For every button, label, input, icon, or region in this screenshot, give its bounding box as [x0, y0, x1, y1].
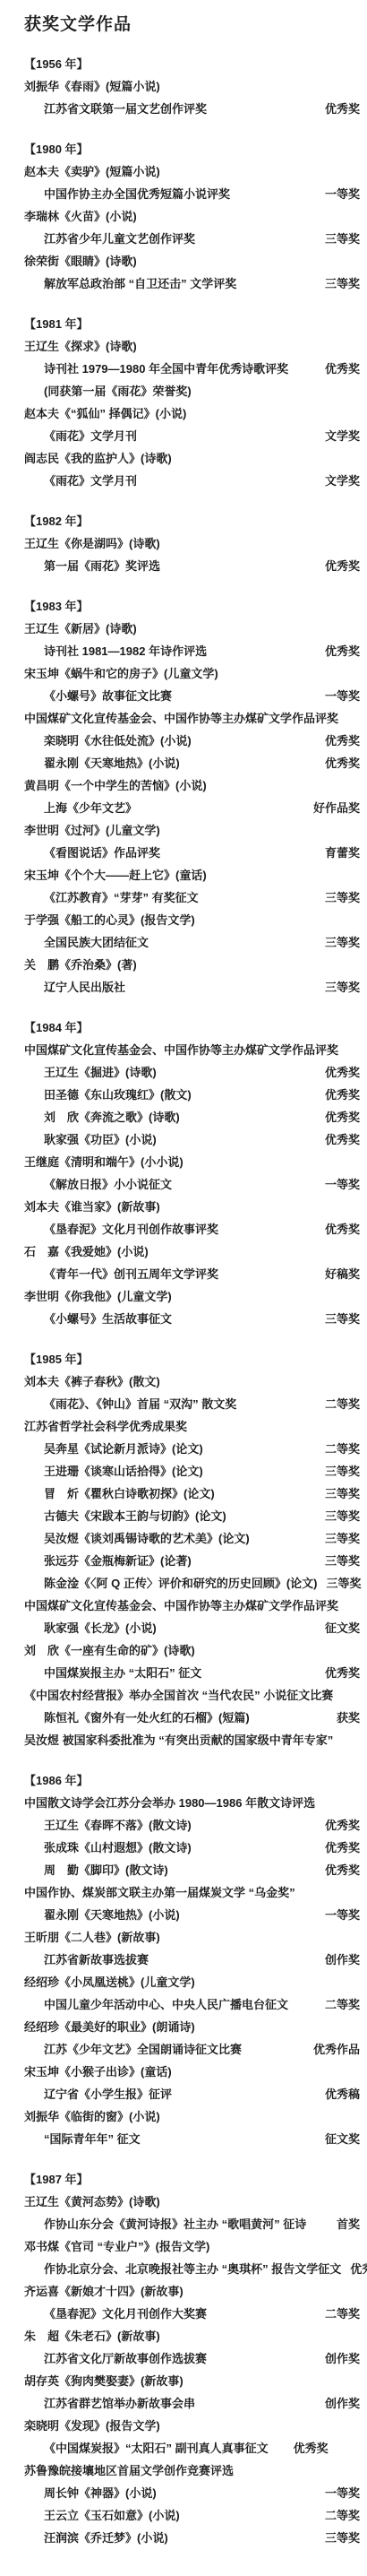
award-result: 优秀奖 — [316, 1218, 360, 1240]
line-text: 张远芬《金瓶梅新证》(论著) — [44, 1550, 192, 1572]
line-text: 《垦春泥》文化月刊创作大奖赛 — [44, 2303, 207, 2325]
entry-line: 朱 超《朱老石》(新故事) — [24, 2325, 360, 2347]
award-result: 创作奖 — [316, 2392, 360, 2415]
award-detail-line: 耿家强《长龙》(小说)征文奖 — [24, 1617, 360, 1639]
award-result: 优秀奖 — [316, 98, 360, 120]
award-detail-line: 陈恒礼《窗外有一处火红的石榴》(短篇)获奖 — [24, 1707, 360, 1729]
award-detail-line: 辽宁人民出版社三等奖 — [24, 976, 360, 998]
line-text: 翟永刚《天寒地热》(小说) — [44, 1904, 180, 1926]
entry-line: 胡存英《狗肉樊娶妻》(新故事) — [24, 2370, 360, 2392]
entry-line: 经绍珍《最美好的职业》(朗诵诗) — [24, 2016, 360, 2038]
award-result: 二等奖 — [316, 1393, 360, 1415]
award-result: 三等奖 — [316, 1527, 360, 1550]
entry-line: 王继庭《清明和端午》(小小说) — [24, 1151, 360, 1173]
entry-line: 刘 欣《一座有生命的矿》(诗歌) — [24, 1639, 360, 1662]
line-text: 刘本夫《裤子春秋》(散文) — [24, 1370, 160, 1393]
award-detail-line: 《青年一代》创刊五周年文学评奖好稿奖 — [24, 1263, 360, 1285]
line-text: 黄昌明《一个中学生的苦恼》(小说) — [24, 774, 207, 797]
award-result: 优秀奖 — [316, 1837, 360, 1859]
award-result: 获奖 — [328, 1707, 360, 1729]
entry-line: 徐荣街《眼睛》(诗歌) — [24, 250, 360, 272]
line-text: 周 勤《脚印》(散文诗) — [44, 1859, 168, 1881]
line-text: 中国煤矿文化宣传基金会、中国作协等主办煤矿文学作品评奖 — [24, 1595, 338, 1617]
award-detail-line: 王云立《玉石如意》(小说)二等奖 — [24, 2504, 360, 2527]
entry-line: 经绍珍《小凤凰送桃》(儿童文学) — [24, 1971, 360, 1993]
entry-line: 关 鹏《乔治桑》(著) — [24, 954, 360, 976]
award-result: 二等奖 — [316, 2504, 360, 2527]
entry-line: 苏鲁豫皖接壤地区首届文学创作竞赛评选 — [24, 2459, 360, 2482]
line-text: 辽宁人民出版社 — [44, 976, 125, 998]
line-text: 宋玉坤《个个大——赶上它》(童话) — [24, 864, 207, 886]
award-detail-line: 作协北京分会、北京晚报社等主办 “奥琪杯” 报告文学征文优秀奖 — [24, 2258, 360, 2280]
award-result: 文学奖 — [316, 425, 360, 447]
award-result: 优秀奖 — [316, 1859, 360, 1881]
line-text: 石 嘉《我爱她》(小说) — [24, 1240, 149, 1263]
award-result: 三等奖 — [316, 272, 360, 295]
line-text: 作协山东分会《黄河诗报》社主办 “歌唱黄河” 征诗 — [44, 2213, 306, 2235]
award-result: 优秀奖 — [316, 1084, 360, 1106]
entry-line: 赵本夫《卖驴》(短篇小说) — [24, 160, 360, 183]
line-text: 江苏省新故事选拔赛 — [44, 1949, 149, 1971]
entry-line: 于学强《船工的心灵》(报告文学) — [24, 909, 360, 931]
line-text: 江苏省文联第一届文艺创作评奖 — [44, 98, 207, 120]
award-detail-line: 江苏省文联第一届文艺创作评奖优秀奖 — [24, 98, 360, 120]
line-text: 王辽生《探求》(诗歌) — [24, 335, 137, 358]
award-detail-line: 全国民族大团结征文三等奖 — [24, 931, 360, 954]
award-detail-line: 田圣德《东山玫瑰红》(散文)优秀奖 — [24, 1084, 360, 1106]
award-result: 一等奖 — [316, 685, 360, 707]
line-text: 宋玉坤《蜗牛和它的房子》(儿童文学) — [24, 662, 218, 685]
year-section: 【1984 年】中国煤矿文化宣传基金会、中国作协等主办煤矿文学作品评奖王辽生《掘… — [24, 1016, 360, 1330]
award-result: 二等奖 — [316, 1438, 360, 1460]
award-result: 三等奖 — [316, 1482, 360, 1505]
line-text: 李瑞林《火苗》(小说) — [24, 205, 137, 228]
award-result: 三等奖 — [316, 931, 360, 954]
entry-line: 宋玉坤《个个大——赶上它》(童话) — [24, 864, 360, 886]
entry-line: 中国作协、煤炭部文联主办第一届煤炭文学 “乌金奖” — [24, 1881, 360, 1904]
entry-line: 阎志民《我的监护人》(诗歌) — [24, 447, 360, 470]
award-detail-line: 上海《少年文艺》好作品奖 — [24, 797, 360, 819]
award-result: 优秀奖 — [316, 640, 360, 662]
award-detail-line: “国际青年年” 征文征文奖 — [24, 2128, 360, 2150]
award-result: 优秀奖 — [316, 1662, 360, 1684]
award-detail-line: 江苏省文化厅新故事创作选拔赛创作奖 — [24, 2347, 360, 2370]
award-result: 一等奖 — [316, 1904, 360, 1926]
award-result: 首奖 — [328, 2213, 360, 2235]
award-detail-line: 陈金淦《〈阿 Q 正传〉评价和研究的历史回顾》(论文)三等奖 — [24, 1572, 360, 1595]
line-text: 王辽生《春晖不落》(散文诗) — [44, 1814, 192, 1837]
award-result: 优秀奖 — [341, 2258, 367, 2280]
entry-line: 中国煤矿文化宣传基金会、中国作协等主办煤矿文学作品评奖 — [24, 1595, 360, 1617]
award-result: 优秀奖 — [316, 1106, 360, 1128]
award-detail-line: 《垦春泥》文化月刊创作大奖赛二等奖 — [24, 2303, 360, 2325]
entry-line: 中国散文诗学会江苏分会举办 1980—1986 年散文诗评选 — [24, 1792, 360, 1814]
entry-line: 王辽生《黄河态势》(诗歌) — [24, 2191, 360, 2213]
award-result: 三等奖 — [316, 1550, 360, 1572]
line-text: 上海《少年文艺》 — [44, 797, 137, 819]
award-result: 一等奖 — [316, 2482, 360, 2504]
award-detail-line: 周长钟《神器》(小说)一等奖 — [24, 2482, 360, 2504]
line-text: (同获第一届《雨花》荣誉奖) — [44, 380, 192, 402]
line-text: 中国作协主办全国优秀短篇小说评奖 — [44, 183, 230, 205]
line-text: “国际青年年” 征文 — [44, 2128, 141, 2150]
line-text: 齐运喜《新娘才十四》(新故事) — [24, 2280, 183, 2303]
award-detail-line: 诗刊社 1979—1980 年全国中青年优秀诗歌评奖优秀奖 — [24, 358, 360, 380]
award-detail-line: 汪润滨《乔迁梦》(小说)三等奖 — [24, 2527, 360, 2549]
award-result: 优秀奖 — [316, 1128, 360, 1151]
line-text: 栾晓明《发现》(报告文学) — [24, 2415, 160, 2437]
entry-line: 栾晓明《发现》(报告文学) — [24, 2415, 360, 2437]
award-result: 三等奖 — [316, 2527, 360, 2549]
award-result: 优秀奖 — [316, 555, 360, 577]
line-text: 吴汝煜 被国家科委批准为 “有突出贡献的国家级中青年专家” — [24, 1729, 333, 1751]
line-text: 江苏省少年儿童文艺创作评奖 — [44, 228, 195, 250]
entry-line: 中国煤矿文化宣传基金会、中国作协等主办煤矿文学作品评奖 — [24, 1039, 360, 1061]
line-text: 《青年一代》创刊五周年文学评奖 — [44, 1263, 218, 1285]
award-result: 三等奖 — [316, 1460, 360, 1482]
line-text: 辽宁省《小学生报》征评 — [44, 2083, 172, 2105]
year-section: 【1980 年】赵本夫《卖驴》(短篇小说)中国作协主办全国优秀短篇小说评奖一等奖… — [24, 138, 360, 295]
line-text: 王昕朋《二人巷》(新故事) — [24, 1926, 160, 1949]
line-text: 王辽生《掘进》(诗歌) — [44, 1061, 157, 1084]
line-text: 江苏省群艺馆举办新故事会串 — [44, 2392, 195, 2415]
line-text: 中国散文诗学会江苏分会举办 1980—1986 年散文诗评选 — [24, 1792, 315, 1814]
line-text: 中国儿童少年活动中心、中央人民广播电台征文 — [44, 1993, 288, 2016]
award-result: 优秀作品 — [304, 2038, 360, 2061]
line-text: 赵本夫《“狐仙” 择偶记》(小说) — [24, 402, 186, 425]
line-text: 《小螺号》生活故事征文 — [44, 1308, 172, 1330]
award-detail-line: 第一届《雨花》奖评选优秀奖 — [24, 555, 360, 577]
line-text: 耿家强《长龙》(小说) — [44, 1617, 157, 1639]
award-result: 三等奖 — [316, 1308, 360, 1330]
line-text: 刘振华《春雨》(短篇小说) — [24, 75, 160, 98]
line-text: 中国煤矿文化宣传基金会、中国作协等主办煤矿文学作品评奖 — [24, 707, 338, 730]
line-text: 王辽生《新居》(诗歌) — [24, 618, 137, 640]
award-detail-line: 《看图说话》作品评奖育蕾奖 — [24, 842, 360, 864]
award-result: 三等奖 — [316, 228, 360, 250]
entry-line: 李世明《过河》(儿童文学) — [24, 819, 360, 842]
award-result: 优秀奖 — [316, 1814, 360, 1837]
entry-line: 王辽生《探求》(诗歌) — [24, 335, 360, 358]
line-text: 经绍珍《最美好的职业》(朗诵诗) — [24, 2016, 195, 2038]
line-text: 栾晓明《水往低处流》(小说) — [44, 730, 192, 752]
award-result: 三等奖 — [318, 1572, 362, 1595]
line-text: 《中国煤炭报》“太阳石” 副刊真人真事征文 — [44, 2437, 269, 2459]
line-text: 徐荣街《眼睛》(诗歌) — [24, 250, 137, 272]
entry-line: 王辽生《新居》(诗歌) — [24, 618, 360, 640]
award-detail-line: 王进珊《谈寒山话拾得》(论文)三等奖 — [24, 1460, 360, 1482]
year-section: 【1956 年】刘振华《春雨》(短篇小说)江苏省文联第一届文艺创作评奖优秀奖 — [24, 53, 360, 120]
line-text: 陈金淦《〈阿 Q 正传〉评价和研究的历史回顾》(论文) — [44, 1572, 318, 1595]
entry-line: 《中国农村经营报》举办全国首次 “当代农民” 小说征文比赛 — [24, 1684, 360, 1707]
line-text: 朱 超《朱老石》(新故事) — [24, 2325, 160, 2347]
award-result: 育蕾奖 — [316, 842, 360, 864]
award-detail-line: 翟永刚《天寒地热》(小说)一等奖 — [24, 1904, 360, 1926]
award-result: 好作品奖 — [304, 797, 360, 819]
award-result: 优秀奖 — [316, 730, 360, 752]
line-text: 《看图说话》作品评奖 — [44, 842, 160, 864]
award-result: 三等奖 — [316, 886, 360, 909]
year-section: 【1985 年】刘本夫《裤子春秋》(散文)《雨花》、《钟山》首届 “双沟” 散文… — [24, 1348, 360, 1751]
line-text: 《雨花》、《钟山》首届 “双沟” 散文奖 — [44, 1393, 236, 1415]
entry-line: 刘本夫《谁当家》(新故事) — [24, 1196, 360, 1218]
year-section: 【1982 年】王辽生《你是湖吗》(诗歌)第一届《雨花》奖评选优秀奖 — [24, 510, 360, 577]
award-result: 二等奖 — [316, 2303, 360, 2325]
line-text: 刘 欣《奔流之歌》(诗歌) — [44, 1106, 180, 1128]
line-text: 《解放日报》小小说征文 — [44, 1173, 172, 1196]
award-detail-line: 《雨花》文学月刊文学奖 — [24, 425, 360, 447]
line-text: 中国煤矿文化宣传基金会、中国作协等主办煤矿文学作品评奖 — [24, 1039, 338, 1061]
line-text: 第一届《雨花》奖评选 — [44, 555, 160, 577]
line-text: 刘本夫《谁当家》(新故事) — [24, 1196, 160, 1218]
award-detail-line: 江苏省新故事选拔赛创作奖 — [24, 1949, 360, 1971]
entry-line: 王辽生《你是湖吗》(诗歌) — [24, 532, 360, 555]
award-detail-line: 张成珠《山村遐想》(散文诗)优秀奖 — [24, 1837, 360, 1859]
year-section: 【1981 年】王辽生《探求》(诗歌)诗刊社 1979—1980 年全国中青年优… — [24, 313, 360, 492]
award-detail-line: 吴奔星《试论新月派诗》(论文)二等奖 — [24, 1438, 360, 1460]
award-detail-line: 中国儿童少年活动中心、中央人民广播电台征文二等奖 — [24, 1993, 360, 2016]
entry-line: 吴汝煜 被国家科委批准为 “有突出贡献的国家级中青年专家” — [24, 1729, 360, 1751]
entry-line: 石 嘉《我爱她》(小说) — [24, 1240, 360, 1263]
entry-line: 刘振华《春雨》(短篇小说) — [24, 75, 360, 98]
year-header: 【1987 年】 — [24, 2168, 360, 2191]
award-detail-line: 王辽生《掘进》(诗歌)优秀奖 — [24, 1061, 360, 1084]
award-detail-line: 《雨花》文学月刊文学奖 — [24, 470, 360, 492]
line-text: 江苏《少年文艺》全国朗诵诗征文比赛 — [44, 2038, 242, 2061]
award-detail-line: 冒 炘《瞿秋白诗歌初探》(论文)三等奖 — [24, 1482, 360, 1505]
year-header: 【1984 年】 — [24, 1016, 360, 1039]
award-detail-line: 吴汝煜《谈刘禹锡诗歌的艺术美》(论文)三等奖 — [24, 1527, 360, 1550]
year-header: 【1981 年】 — [24, 313, 360, 335]
line-text: 周长钟《神器》(小说) — [44, 2482, 157, 2504]
line-text: 解放军总政治部 “自卫还击” 文学评奖 — [44, 272, 236, 295]
award-detail-line: 江苏《少年文艺》全国朗诵诗征文比赛优秀作品 — [24, 2038, 360, 2061]
line-text: 《中国农村经营报》举办全国首次 “当代农民” 小说征文比赛 — [24, 1684, 333, 1707]
award-detail-line: 《垦春泥》文化月刊创作故事评奖优秀奖 — [24, 1218, 360, 1240]
line-text: 全国民族大团结征文 — [44, 931, 149, 954]
award-result: 优秀奖 — [294, 2437, 329, 2459]
line-text: 《小螺号》故事征文比赛 — [44, 685, 172, 707]
award-result: 一等奖 — [316, 183, 360, 205]
line-text: 耿家强《功臣》(小说) — [44, 1128, 157, 1151]
line-text: 经绍珍《小凤凰送桃》(儿童文学) — [24, 1971, 195, 1993]
line-text: 王辽生《你是湖吗》(诗歌) — [24, 532, 160, 555]
line-text: 诗刊社 1979—1980 年全国中青年优秀诗歌评奖 — [44, 358, 288, 380]
award-detail-line: 古德夫《宋跋本王韵与切韵》(论文)三等奖 — [24, 1505, 360, 1527]
line-text: 江苏省哲学社会科学优秀成果奖 — [24, 1415, 187, 1438]
award-result: 一等奖 — [316, 1173, 360, 1196]
line-text: 阎志民《我的监护人》(诗歌) — [24, 447, 172, 470]
award-detail-line: 《中国煤炭报》“太阳石” 副刊真人真事征文优秀奖 — [24, 2437, 360, 2459]
entry-line: 宋玉坤《蜗牛和它的房子》(儿童文学) — [24, 662, 360, 685]
award-detail-line: 刘 欣《奔流之歌》(诗歌)优秀奖 — [24, 1106, 360, 1128]
line-text: 陈恒礼《窗外有一处火红的石榴》(短篇) — [44, 1707, 250, 1729]
year-header: 【1980 年】 — [24, 138, 360, 160]
line-text: 吴奔星《试论新月派诗》(论文) — [44, 1438, 203, 1460]
line-text: 中国作协、煤炭部文联主办第一届煤炭文学 “乌金奖” — [24, 1881, 295, 1904]
year-header: 【1985 年】 — [24, 1348, 360, 1370]
line-text: 李世明《过河》(儿童文学) — [24, 819, 160, 842]
entry-line: 齐运喜《新娘才十四》(新故事) — [24, 2280, 360, 2303]
line-text: 王进珊《谈寒山话拾得》(论文) — [44, 1460, 203, 1482]
award-result: 优秀奖 — [316, 1061, 360, 1084]
line-text: 张成珠《山村遐想》(散文诗) — [44, 1837, 192, 1859]
award-result: 二等奖 — [316, 1993, 360, 2016]
award-result: 征文奖 — [316, 1617, 360, 1639]
line-text: 冒 炘《瞿秋白诗歌初探》(论文) — [44, 1482, 215, 1505]
line-text: 《江苏教育》“芽芽” 有奖征文 — [44, 886, 199, 909]
award-result: 三等奖 — [316, 1505, 360, 1527]
line-text: 刘振华《临街的窗》(小说) — [24, 2105, 160, 2128]
line-text: 《雨花》文学月刊 — [44, 425, 137, 447]
line-text: 宋玉坤《小猴子出诊》(童话) — [24, 2061, 172, 2083]
award-detail-line: 辽宁省《小学生报》征评优秀稿 — [24, 2083, 360, 2105]
line-text: 赵本夫《卖驴》(短篇小说) — [24, 160, 160, 183]
award-detail-line: 作协山东分会《黄河诗报》社主办 “歌唱黄河” 征诗首奖 — [24, 2213, 360, 2235]
line-text: 汪润滨《乔迁梦》(小说) — [44, 2527, 168, 2549]
award-result: 创作奖 — [316, 1949, 360, 1971]
entry-line: 刘本夫《裤子春秋》(散文) — [24, 1370, 360, 1393]
document: 获奖文学作品 【1956 年】刘振华《春雨》(短篇小说)江苏省文联第一届文艺创作… — [0, 0, 367, 2576]
line-text: 作协北京分会、北京晚报社等主办 “奥琪杯” 报告文学征文 — [44, 2258, 341, 2280]
entry-line: 江苏省哲学社会科学优秀成果奖 — [24, 1415, 360, 1438]
line-text: 苏鲁豫皖接壤地区首届文学创作竞赛评选 — [24, 2459, 234, 2482]
entry-line: 王昕朋《二人巷》(新故事) — [24, 1926, 360, 1949]
line-text: 邓书煤《官司 “专业户”》(报告文学) — [24, 2235, 209, 2258]
entry-line: 李世明《你我他》(儿童文学) — [24, 1285, 360, 1308]
line-text: 李世明《你我他》(儿童文学) — [24, 1285, 172, 1308]
line-text: 诗刊社 1981—1982 年诗作评选 — [44, 640, 207, 662]
award-detail-line: 张远芬《金瓶梅新证》(论著)三等奖 — [24, 1550, 360, 1572]
award-result: 优秀奖 — [316, 358, 360, 380]
award-detail-line: 《解放日报》小小说征文一等奖 — [24, 1173, 360, 1196]
line-text: 翟永刚《天寒地热》(小说) — [44, 752, 180, 774]
line-text: 吴汝煜《谈刘禹锡诗歌的艺术美》(论文) — [44, 1527, 250, 1550]
line-text: 田圣德《东山玫瑰红》(散文) — [44, 1084, 192, 1106]
award-detail-line: 江苏省群艺馆举办新故事会串创作奖 — [24, 2392, 360, 2415]
line-text: 王云立《玉石如意》(小说) — [44, 2504, 180, 2527]
award-result: 好稿奖 — [316, 1263, 360, 1285]
award-detail-line: 王辽生《春晖不落》(散文诗)优秀奖 — [24, 1814, 360, 1837]
award-detail-line: 栾晓明《水往低处流》(小说)优秀奖 — [24, 730, 360, 752]
award-detail-line: 江苏省少年儿童文艺创作评奖三等奖 — [24, 228, 360, 250]
line-text: 《垦春泥》文化月刊创作故事评奖 — [44, 1218, 218, 1240]
year-section: 【1983 年】王辽生《新居》(诗歌)诗刊社 1981—1982 年诗作评选优秀… — [24, 595, 360, 998]
line-text: 刘 欣《一座有生命的矿》(诗歌) — [24, 1639, 195, 1662]
page-title: 获奖文学作品 — [24, 11, 360, 35]
award-detail-line: 诗刊社 1981—1982 年诗作评选优秀奖 — [24, 640, 360, 662]
award-result: 优秀稿 — [316, 2083, 360, 2105]
line-text: 关 鹏《乔治桑》(著) — [24, 954, 137, 976]
award-detail-line: 解放军总政治部 “自卫还击” 文学评奖三等奖 — [24, 272, 360, 295]
award-result: 优秀奖 — [316, 752, 360, 774]
line-text: 古德夫《宋跋本王韵与切韵》(论文) — [44, 1505, 226, 1527]
line-text: 江苏省文化厅新故事创作选拔赛 — [44, 2347, 207, 2370]
entry-line: 赵本夫《“狐仙” 择偶记》(小说) — [24, 402, 360, 425]
award-result: 三等奖 — [316, 976, 360, 998]
year-header: 【1982 年】 — [24, 510, 360, 532]
entry-line: 邓书煤《官司 “专业户”》(报告文学) — [24, 2235, 360, 2258]
line-text: 王继庭《清明和端午》(小小说) — [24, 1151, 183, 1173]
year-header: 【1983 年】 — [24, 595, 360, 618]
award-result: 创作奖 — [316, 2347, 360, 2370]
award-detail-line: 《小螺号》生活故事征文三等奖 — [24, 1308, 360, 1330]
award-detail-line: 中国作协主办全国优秀短篇小说评奖一等奖 — [24, 183, 360, 205]
year-section: 【1986 年】中国散文诗学会江苏分会举办 1980—1986 年散文诗评选王辽… — [24, 1769, 360, 2150]
entry-line: 李瑞林《火苗》(小说) — [24, 205, 360, 228]
award-detail-line: 《江苏教育》“芽芽” 有奖征文三等奖 — [24, 886, 360, 909]
award-detail-line: 耿家强《功臣》(小说)优秀奖 — [24, 1128, 360, 1151]
line-text: 《雨花》文学月刊 — [44, 470, 137, 492]
entry-line: 刘振华《临街的窗》(小说) — [24, 2105, 360, 2128]
entry-line: 宋玉坤《小猴子出诊》(童话) — [24, 2061, 360, 2083]
line-text: 于学强《船工的心灵》(报告文学) — [24, 909, 195, 931]
award-detail-line: 《小螺号》故事征文比赛一等奖 — [24, 685, 360, 707]
award-detail-line: (同获第一届《雨花》荣誉奖) — [24, 380, 360, 402]
year-header: 【1986 年】 — [24, 1769, 360, 1792]
award-detail-line: 翟永刚《天寒地热》(小说)优秀奖 — [24, 752, 360, 774]
award-detail-line: 周 勤《脚印》(散文诗)优秀奖 — [24, 1859, 360, 1881]
entry-line: 黄昌明《一个中学生的苦恼》(小说) — [24, 774, 360, 797]
line-text: 中国煤炭报主办 “太阳石” 征文 — [44, 1662, 201, 1684]
year-header: 【1956 年】 — [24, 53, 360, 75]
award-result: 征文奖 — [316, 2128, 360, 2150]
year-section: 【1987 年】王辽生《黄河态势》(诗歌)作协山东分会《黄河诗报》社主办 “歌唱… — [24, 2168, 360, 2549]
award-detail-line: 《雨花》、《钟山》首届 “双沟” 散文奖二等奖 — [24, 1393, 360, 1415]
line-text: 王辽生《黄河态势》(诗歌) — [24, 2191, 160, 2213]
entry-line: 中国煤矿文化宣传基金会、中国作协等主办煤矿文学作品评奖 — [24, 707, 360, 730]
line-text: 胡存英《狗肉樊娶妻》(新故事) — [24, 2370, 183, 2392]
award-result: 文学奖 — [316, 470, 360, 492]
award-detail-line: 中国煤炭报主办 “太阳石” 征文优秀奖 — [24, 1662, 360, 1684]
